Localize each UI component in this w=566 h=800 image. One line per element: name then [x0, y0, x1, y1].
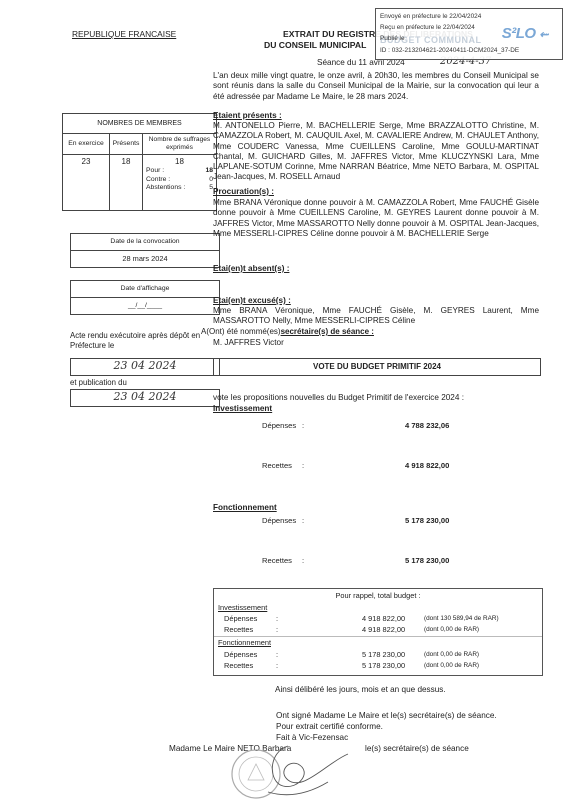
- affichage-label: Date d'affichage: [71, 281, 219, 297]
- recap-investissement-title: Investissement: [218, 603, 267, 612]
- fonc-recettes-label: Recettes:: [262, 556, 292, 565]
- recap-inv-rec-value: 4 918 822,00: [362, 625, 405, 634]
- secretaire-name: M. JAFFRES Victor: [213, 338, 284, 348]
- presents-title: Etaient présents :: [213, 111, 282, 121]
- investissement-title: Investissement: [213, 404, 272, 414]
- certifie-conforme: Pour extrait certifié conforme.: [276, 722, 383, 732]
- pour-value: 18: [205, 167, 213, 175]
- absents-title: Etai(en)t absent(s) :: [213, 264, 289, 274]
- abstentions-label: Abstentions :: [146, 184, 185, 192]
- document-title-line2: DU CONSEIL MUNICIPAL: [264, 40, 366, 51]
- recap-inv-rec-rar: (dont 0,00 de RAR): [424, 626, 479, 634]
- recap-box: Pour rappel, total budget : Investisseme…: [213, 588, 543, 676]
- recap-fonctionnement-title: Fonctionnement: [218, 638, 271, 647]
- pour-label: Pour :: [146, 167, 164, 175]
- executoire-label: Acte rendu exécutoire après dépôt en Pré…: [70, 331, 220, 350]
- fonc-recettes-value: 5 178 230,00: [405, 556, 449, 565]
- inv-recettes-value: 4 918 822,00: [405, 461, 449, 470]
- mairie-seal-and-signature-icon: [228, 742, 358, 800]
- convocation-label: Date de la convocation: [71, 234, 219, 250]
- prefecture-stamp: BUDGET COMMUNAL Envoyé en préfecture le …: [375, 8, 563, 60]
- recap-fonc-dep-rar: (dont 0,00 de RAR): [424, 651, 479, 659]
- fonc-depenses-label: Dépenses:: [262, 516, 296, 525]
- recap-inv-dep-rar: (dont 130 589,94 de RAR): [424, 615, 499, 623]
- s2low-logo-icon: S²LO ⇜: [502, 25, 548, 44]
- stamp-publie: Publié le: [380, 35, 405, 43]
- secretaire-line: A(Ont) été nommé(es)secrétaire(s) de séa…: [201, 327, 374, 337]
- deliberation-intro: vote les propositions nouvelles du Budge…: [213, 393, 464, 403]
- intro-paragraph: L'an deux mille vingt quatre, le onze av…: [213, 71, 539, 102]
- secretaires-signature-label: le(s) secrétaire(s) de séance: [365, 744, 469, 754]
- affichage-box: Date d'affichage __/__/____: [70, 280, 220, 315]
- recap-inv-dep-value: 4 918 822,00: [362, 614, 405, 623]
- recap-fonc-rec-rar: (dont 0,00 de RAR): [424, 662, 479, 670]
- depot-date-handwritten: 23 04 2024: [114, 359, 177, 372]
- recap-fonc-dep-label: Dépenses: [224, 650, 257, 659]
- affichage-date: __/__/____: [71, 297, 219, 314]
- convocation-box: Date de la convocation 28 mars 2024: [70, 233, 220, 268]
- stamp-envoye: Envoyé en préfecture le 22/04/2024: [380, 13, 481, 21]
- inv-depenses-label: Dépenses:: [262, 421, 296, 430]
- en-exercice-value: 23: [63, 155, 110, 211]
- members-table-title: NOMBRES DE MEMBRES: [63, 114, 217, 134]
- presents-list: M. ANTONELLO Pierre, M. BACHELLERIE Serg…: [213, 121, 539, 183]
- deliberation-title: VOTE DU BUDGET PRIMITIF 2024: [213, 358, 541, 376]
- publication-label: et publication du: [70, 378, 127, 388]
- recap-fonc-rec-value: 5 178 230,00: [362, 661, 405, 670]
- convocation-date: 28 mars 2024: [71, 250, 219, 267]
- procurations-title: Procuration(s) :: [213, 187, 274, 197]
- col-presents: Présents: [110, 134, 143, 155]
- excuses-title: Etai(en)t excusé(s) :: [213, 296, 291, 306]
- suffrages-value: 18: [146, 157, 213, 167]
- recap-inv-dep-label: Dépenses: [224, 614, 257, 623]
- depot-date-box: 23 04 2024: [70, 358, 220, 376]
- excuses-list: Mme BRANA Véronique, Mme FAUCHÉ Gisèle, …: [213, 306, 539, 327]
- col-en-exercice: En exercice: [63, 134, 110, 155]
- contre-label: Contre :: [146, 176, 170, 184]
- inv-depenses-value: 4 788 232,06: [405, 421, 449, 430]
- secretaire-prefix: A(Ont) été nommé(es): [201, 327, 281, 336]
- procurations-list: Mme BRANA Véronique donne pouvoir à M. C…: [213, 198, 539, 239]
- publication-date-handwritten: 23 04 2024: [114, 390, 177, 403]
- ainsi-delibere: Ainsi délibéré les jours, mois et an que…: [275, 685, 446, 695]
- stamp-recu: Reçu en préfecture le 22/04/2024: [380, 24, 475, 32]
- recap-title: Pour rappel, total budget :: [214, 591, 542, 600]
- recap-inv-rec-label: Recettes: [224, 625, 253, 634]
- members-table: NOMBRES DE MEMBRES En exercice Présents …: [62, 113, 217, 211]
- republique-francaise-heading: REPUBLIQUE FRANCAISE: [72, 29, 176, 40]
- publication-date-box: 23 04 2024: [70, 389, 220, 407]
- recap-fonc-rec-label: Recettes: [224, 661, 253, 670]
- ont-signe: Ont signé Madame Le Maire et le(s) secré…: [276, 711, 497, 721]
- secretaire-title: secrétaire(s) de séance :: [281, 327, 374, 336]
- stamp-id: ID : 032-213204621-20240411-DCM2024_37-D…: [380, 47, 519, 55]
- presents-value: 18: [110, 155, 143, 211]
- fonc-depenses-value: 5 178 230,00: [405, 516, 449, 525]
- col-suffrages-exprimes: Nombre de suffrages exprimés: [143, 134, 217, 155]
- fonctionnement-title: Fonctionnement: [213, 503, 277, 513]
- inv-recettes-label: Recettes:: [262, 461, 292, 470]
- recap-fonc-dep-value: 5 178 230,00: [362, 650, 405, 659]
